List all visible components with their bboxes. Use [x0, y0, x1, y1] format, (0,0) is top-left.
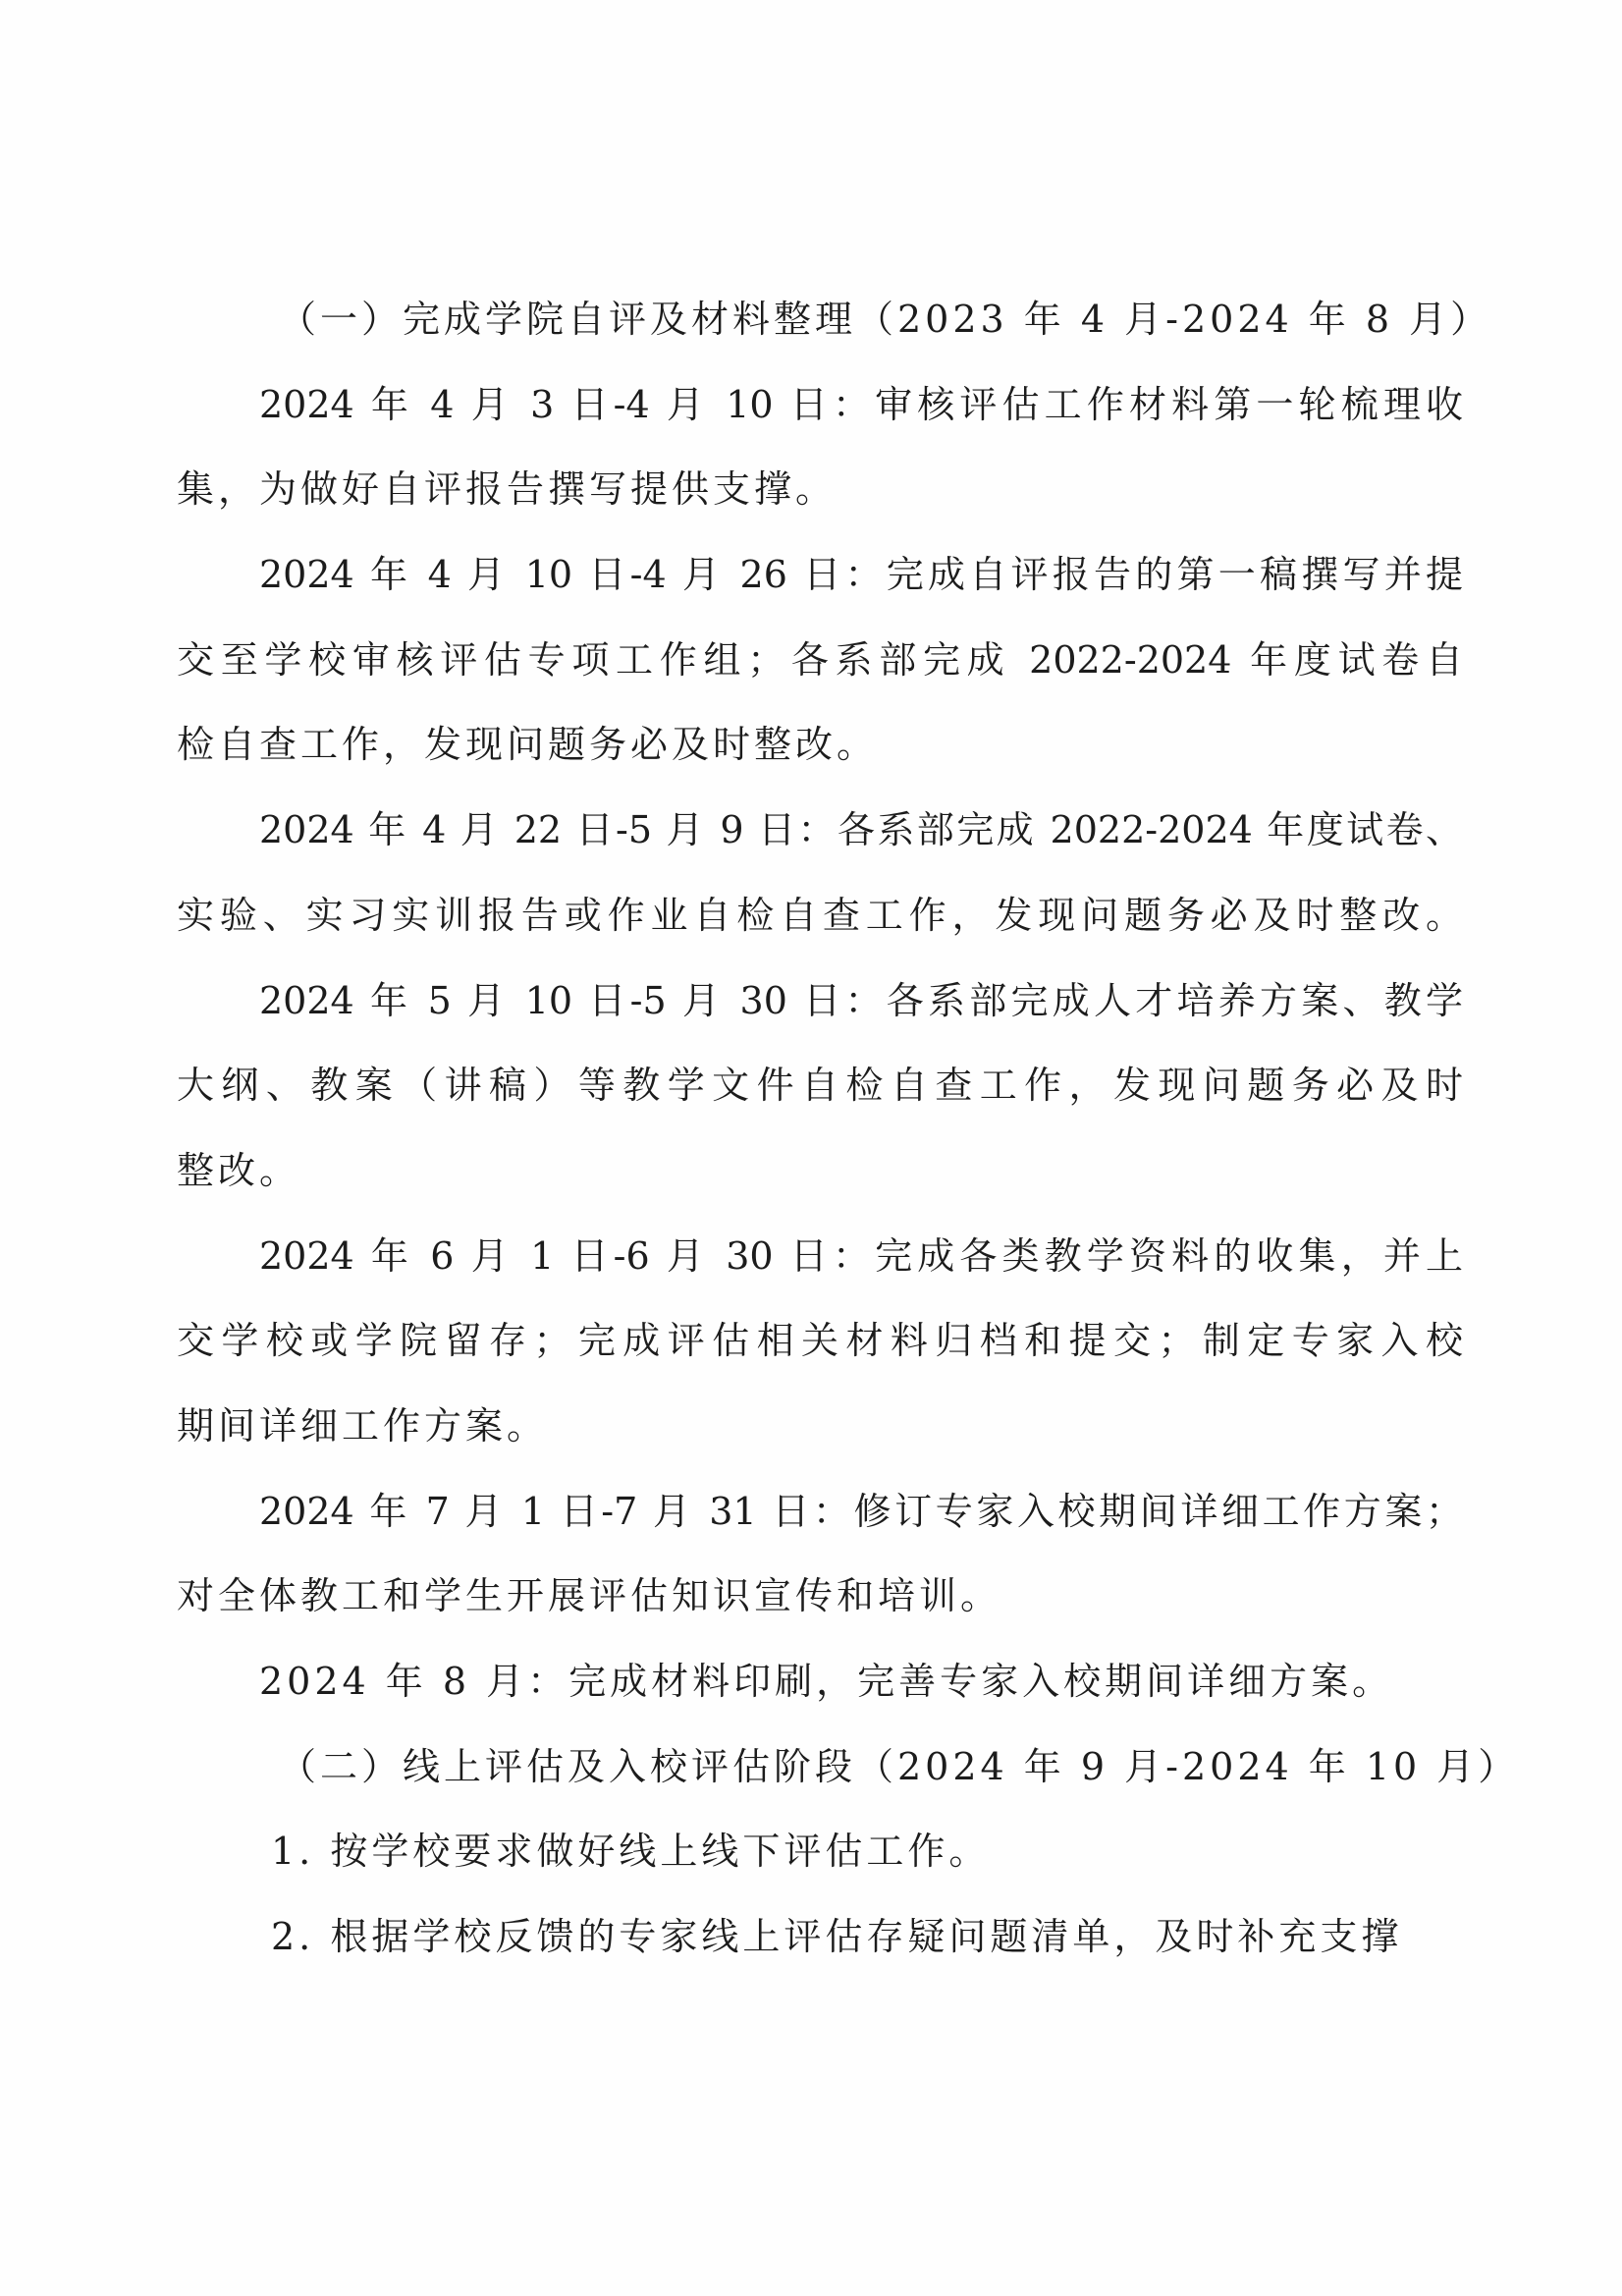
section-heading-1: （一）完成学院自评及材料整理（2023 年 4 月-2024 年 8 月）	[177, 277, 1463, 362]
paragraph-2-line-3: 检自查工作，发现问题务必及时整改。	[177, 702, 1463, 788]
paragraph-1-line-1: 2024 年 4 月 3 日-4 月 10 日：审核评估工作材料第一轮梳理收	[177, 362, 1463, 448]
paragraph-4-line-3: 整改。	[177, 1128, 1463, 1214]
paragraph-7-line-1: 2024 年 8 月：完成材料印刷，完善专家入校期间详细方案。	[177, 1639, 1463, 1724]
paragraph-6-line-2: 对全体教工和学生开展评估知识宣传和培训。	[177, 1554, 1463, 1639]
paragraph-5-line-1: 2024 年 6 月 1 日-6 月 30 日：完成各类教学资料的收集，并上	[177, 1214, 1463, 1299]
paragraph-4-line-1: 2024 年 5 月 10 日-5 月 30 日：各系部完成人才培养方案、教学	[177, 958, 1463, 1044]
paragraph-3-line-2: 实验、实习实训报告或作业自检自查工作，发现问题务必及时整改。	[177, 873, 1463, 958]
paragraph-5-line-2: 交学校或学院留存；完成评估相关材料归档和提交；制定专家入校	[177, 1298, 1463, 1384]
section-heading-2: （二）线上评估及入校评估阶段（2024 年 9 月-2024 年 10 月）	[177, 1724, 1463, 1810]
list-item-2: 2. 根据学校反馈的专家线上评估存疑问题清单，及时补充支撑	[177, 1894, 1463, 1980]
paragraph-2-line-2: 交至学校审核评估专项工作组；各系部完成 2022-2024 年度试卷自	[177, 618, 1463, 703]
document-page: （一）完成学院自评及材料整理（2023 年 4 月-2024 年 8 月） 20…	[0, 0, 1622, 2296]
paragraph-2-line-1: 2024 年 4 月 10 日-4 月 26 日：完成自评报告的第一稿撰写并提	[177, 532, 1463, 618]
paragraph-6-line-1: 2024 年 7 月 1 日-7 月 31 日：修订专家入校期间详细工作方案；	[177, 1469, 1463, 1555]
paragraph-5-line-3: 期间详细工作方案。	[177, 1384, 1463, 1469]
paragraph-1-line-2: 集，为做好自评报告撰写提供支撑。	[177, 447, 1463, 532]
list-item-1: 1. 按学校要求做好线上线下评估工作。	[177, 1809, 1463, 1894]
paragraph-4-line-2: 大纲、教案（讲稿）等教学文件自检自查工作，发现问题务必及时	[177, 1043, 1463, 1128]
paragraph-3-line-1: 2024 年 4 月 22 日-5 月 9 日：各系部完成 2022-2024 …	[177, 788, 1463, 873]
document-body: （一）完成学院自评及材料整理（2023 年 4 月-2024 年 8 月） 20…	[177, 277, 1463, 1980]
